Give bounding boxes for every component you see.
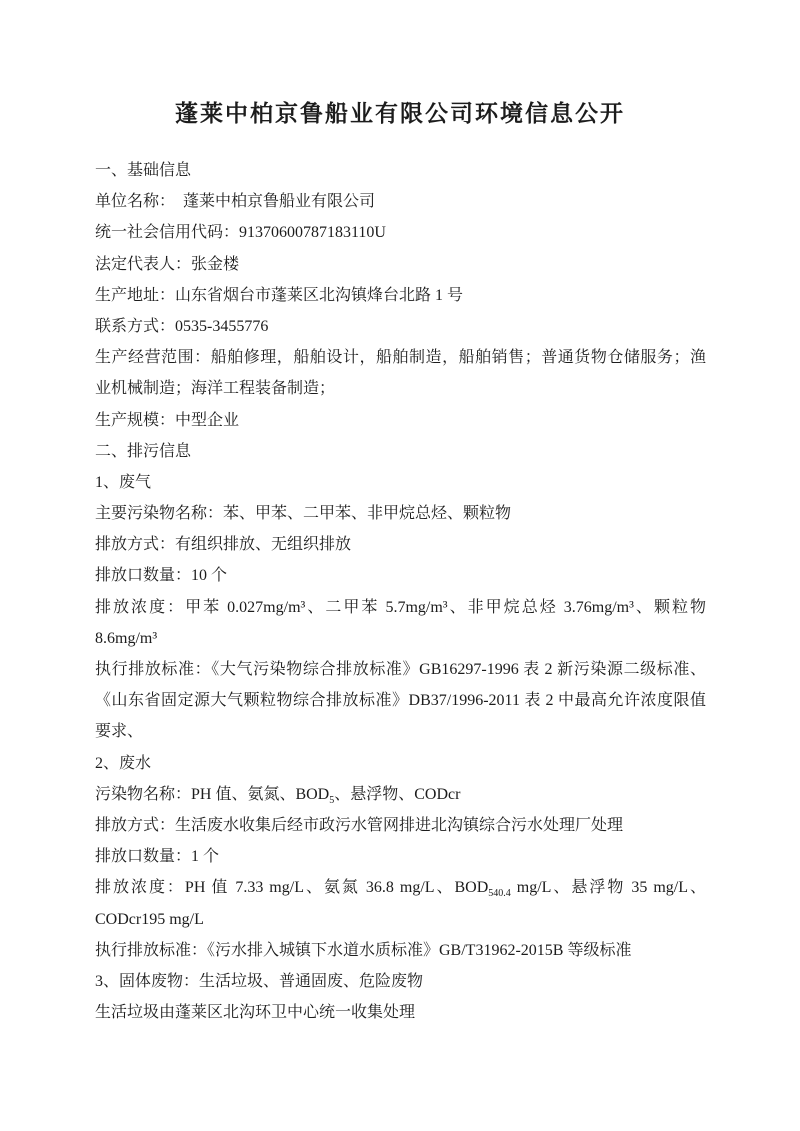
text-segment: 、悬浮物、CODcr <box>334 786 460 803</box>
waste-gas-outlet-count: 排放口数量：10 个 <box>95 560 706 591</box>
field-business-scope-line1: 生产经营范围：船舶修理，船舶设计，船舶制造，船舶销售；普通货物仓储服务；渔 <box>95 342 706 373</box>
document-page: 蓬莱中柏京鲁船业有限公司环境信息公开 一、基础信息 单位名称： 蓬莱中柏京鲁船业… <box>0 0 800 1131</box>
text-segment: 污染物名称：PH 值、氨氮、BOD <box>95 786 329 803</box>
field-legal-representative: 法定代表人：张金楼 <box>95 249 706 280</box>
waste-gas-standard-line2: 《山东省固定源大气颗粒物综合排放标准》DB37/1996-2011 表 2 中最… <box>95 685 706 716</box>
section-heading-emission-info: 二、排污信息 <box>95 436 706 467</box>
waste-water-concentration-line1: 排放浓度：PH 值 7.33 mg/L、氨氮 36.8 mg/L、BOD540.… <box>95 872 706 903</box>
text-segment: mg/L、悬浮物 35 mg/L、 <box>511 879 706 896</box>
field-credit-code: 统一社会信用代码：91370600787183110U <box>95 217 706 248</box>
field-contact: 联系方式：0535-3455776 <box>95 311 706 342</box>
text-segment: 排放浓度：PH 值 7.33 mg/L、氨氮 36.8 mg/L、BOD <box>95 879 488 896</box>
waste-gas-discharge-method: 排放方式：有组织排放、无组织排放 <box>95 529 706 560</box>
section-heading-basic-info: 一、基础信息 <box>95 155 706 186</box>
waste-gas-pollutants: 主要污染物名称：苯、甲苯、二甲苯、非甲烷总烃、颗粒物 <box>95 498 706 529</box>
waste-gas-standard-line3: 要求、 <box>95 716 706 747</box>
waste-water-standard: 执行排放标准：《污水排入城镇下水道水质标准》GB/T31962-2015B 等级… <box>95 935 706 966</box>
field-production-address: 生产地址：山东省烟台市蓬莱区北沟镇烽台北路 1 号 <box>95 280 706 311</box>
solid-waste-disposal: 生活垃圾由蓬莱区北沟环卫中心统一收集处理 <box>95 997 706 1028</box>
subsection-heading-waste-gas: 1、废气 <box>95 467 706 498</box>
field-production-scale: 生产规模：中型企业 <box>95 405 706 436</box>
waste-gas-concentration-line2: 8.6mg/m³ <box>95 623 706 654</box>
waste-gas-standard-line1: 执行排放标准：《大气污染物综合排放标准》GB16297-1996 表 2 新污染… <box>95 654 706 685</box>
document-body: 一、基础信息 单位名称： 蓬莱中柏京鲁船业有限公司 统一社会信用代码：91370… <box>0 155 800 1028</box>
subsection-heading-waste-water: 2、废水 <box>95 748 706 779</box>
waste-water-outlet-count: 排放口数量：1 个 <box>95 841 706 872</box>
waste-water-pollutants: 污染物名称：PH 值、氨氮、BOD5、悬浮物、CODcr <box>95 779 706 810</box>
document-title: 蓬莱中柏京鲁船业有限公司环境信息公开 <box>0 96 800 132</box>
field-unit-name: 单位名称： 蓬莱中柏京鲁船业有限公司 <box>95 186 706 217</box>
waste-gas-concentration-line1: 排放浓度：甲苯 0.027mg/m³、二甲苯 5.7mg/m³、非甲烷总烃 3.… <box>95 592 706 623</box>
bod-value-subscript: 540.4 <box>488 889 511 900</box>
field-business-scope-line2: 业机械制造；海洋工程装备制造； <box>95 373 706 404</box>
waste-water-concentration-line2: CODcr195 mg/L <box>95 904 706 935</box>
subsection-heading-solid-waste: 3、固体废物：生活垃圾、普通固废、危险废物 <box>95 966 706 997</box>
waste-water-discharge-method: 排放方式：生活废水收集后经市政污水管网排进北沟镇综合污水处理厂处理 <box>95 810 706 841</box>
